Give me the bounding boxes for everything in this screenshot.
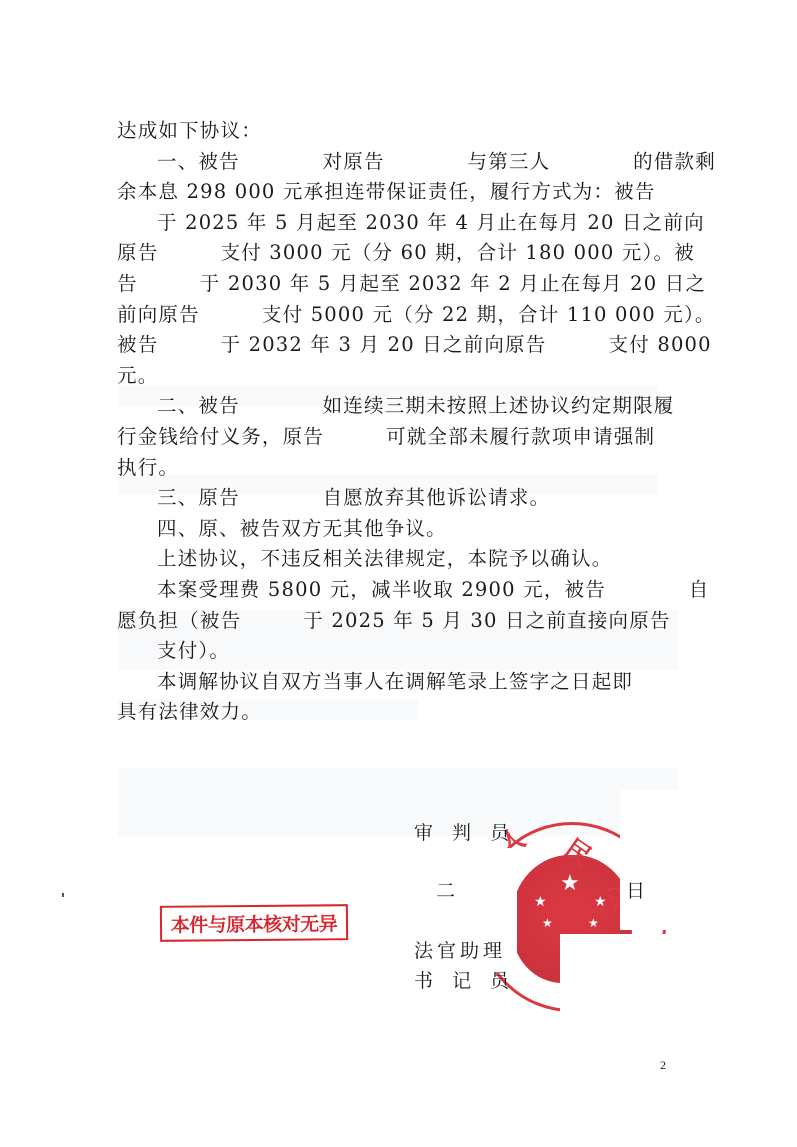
paragraph-line: 余本息 298 000 元承担连带保证责任，履行方式为：被告	[117, 177, 677, 208]
star-icon: ★	[542, 917, 553, 929]
paragraph-line: 被告 于 2032 年 3 月 20 日之前向原告 支付 8000	[117, 330, 677, 361]
redaction-block	[620, 790, 700, 930]
date-prefix: 二	[436, 876, 455, 903]
star-icon: ★	[588, 917, 599, 929]
scan-speck	[62, 893, 64, 897]
certified-copy-stamp: 本件与原本核对无异	[160, 904, 348, 942]
paragraph-line: 支付）。	[117, 636, 677, 667]
judge-label: 审 判 员	[414, 818, 509, 845]
redaction-block	[560, 934, 700, 1014]
paragraph-line: 愿负担（被告 于 2025 年 5 月 30 日之前直接向原告	[117, 606, 677, 637]
paragraph-line: 行金钱给付义务，原告 可就全部未履行款项申请强制	[117, 422, 677, 453]
paragraph-line: 上述协议，不违反相关法律规定，本院予以确认。	[117, 544, 677, 575]
paragraph-line: 达成如下协议：	[117, 116, 677, 147]
paragraph-line: 四、原、被告双方无其他争议。	[117, 514, 677, 545]
paragraph-line: 前向原告 支付 5000 元（分 22 期，合计 110 000 元）。	[117, 300, 677, 331]
paragraph-line: 告 于 2030 年 5 月起至 2032 年 2 月止在每月 20 日之	[117, 269, 677, 300]
star-icon: ★	[534, 895, 547, 909]
paragraph-line: 本调解协议自双方当事人在调解笔录上签字之日起即	[117, 667, 677, 698]
paragraph-line: 于 2025 年 5 月起至 2030 年 4 月止在每月 20 日之前向	[117, 208, 677, 239]
paragraph-line: 三、原告 自愿放弃其他诉讼请求。	[117, 483, 677, 514]
paragraph-line: 具有法律效力。	[117, 697, 677, 728]
paragraph-line: 一、被告 对原告 与第三人 的借款剩	[117, 147, 677, 178]
document-page: 达成如下协议： 一、被告 对原告 与第三人 的借款剩 余本息 298 000 元…	[0, 0, 797, 1147]
paragraph-line: 本案受理费 5800 元，减半收取 2900 元，被告 自	[117, 575, 677, 606]
paragraph-line: 原告 支付 3000 元（分 60 期，合计 180 000 元）。被	[117, 238, 677, 269]
star-icon: ★	[560, 873, 580, 895]
clerk-label: 书 记 员	[414, 966, 509, 993]
paragraph-line: 元。	[117, 361, 677, 392]
paragraph-line: 执行。	[117, 453, 677, 484]
paragraph-line: 二、被告 如连续三期未按照上述协议约定期限履	[117, 391, 677, 422]
page-number: 2	[660, 1058, 666, 1073]
assistant-label: 法官助理	[414, 936, 506, 963]
agreement-body: 达成如下协议： 一、被告 对原告 与第三人 的借款剩 余本息 298 000 元…	[117, 116, 677, 728]
date-suffix: 日	[626, 876, 645, 903]
